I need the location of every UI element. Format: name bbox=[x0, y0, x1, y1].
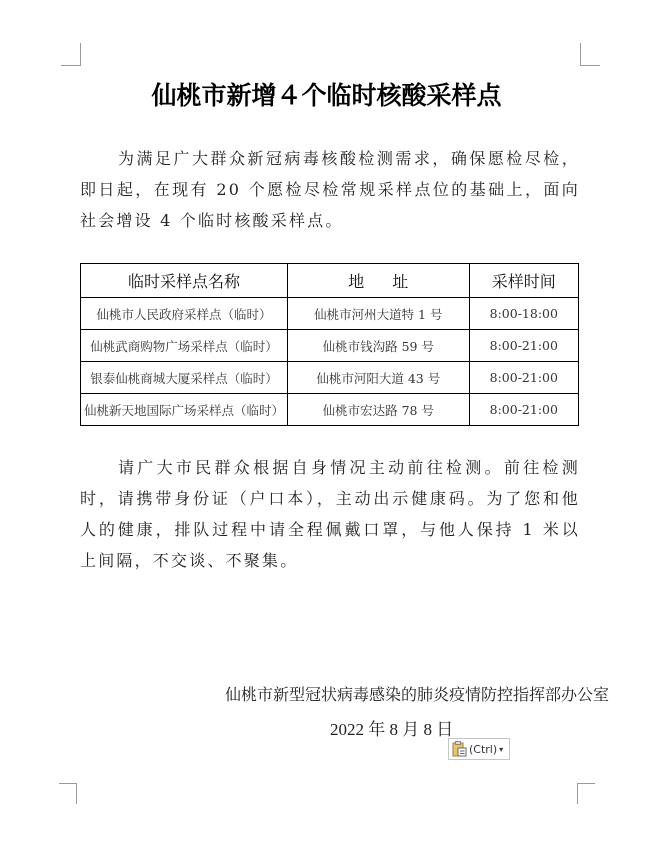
margin-mark-top-right bbox=[580, 43, 600, 66]
notice-paragraph: 请广大市民群众根据自身情况主动前往检测。前往检测时，请携带身份证（户口本），主动… bbox=[80, 452, 580, 576]
chevron-down-icon: ▾ bbox=[499, 745, 503, 754]
site-name: 银泰仙桃商城大厦采样点（临时） bbox=[81, 362, 288, 394]
header-hours: 采样时间 bbox=[469, 264, 578, 298]
margin-mark-bottom-right bbox=[577, 783, 595, 804]
intro-paragraph: 为满足广大群众新冠病毒核酸检测需求，确保愿检尽检，即日起，在现有 20 个愿检尽… bbox=[80, 143, 580, 236]
intro-text: 为满足广大群众新冠病毒核酸检测需求，确保愿检尽检，即日起，在现有 20 个愿检尽… bbox=[80, 143, 580, 236]
site-hours: 8:00-18:00 bbox=[469, 298, 578, 330]
notice-text: 请广大市民群众根据自身情况主动前往检测。前往检测时，请携带身份证（户口本），主动… bbox=[80, 452, 580, 576]
site-address: 仙桃市钱沟路 59 号 bbox=[287, 330, 469, 362]
header-address: 地址 bbox=[287, 264, 469, 298]
site-name: 仙桃市人民政府采样点（临时） bbox=[81, 298, 288, 330]
signature-date: 2022 年 8 月 8 日 bbox=[330, 715, 453, 740]
clipboard-paste-icon bbox=[452, 741, 467, 757]
signature-organization: 仙桃市新型冠状病毒感染的肺炎疫情防控指挥部办公室 bbox=[189, 682, 609, 705]
table-row: 仙桃武商购物广场采样点（临时） 仙桃市钱沟路 59 号 8:00-21:00 bbox=[81, 330, 579, 362]
site-address: 仙桃市河州大道特 1 号 bbox=[287, 298, 469, 330]
document-title: 仙桃市新增４个临时核酸采样点 bbox=[0, 76, 653, 112]
table-row: 银泰仙桃商城大厦采样点（临时） 仙桃市河阳大道 43 号 8:00-21:00 bbox=[81, 362, 579, 394]
site-name: 仙桃新天地国际广场采样点（临时） bbox=[81, 394, 288, 426]
site-address: 仙桃市宏达路 78 号 bbox=[287, 394, 469, 426]
site-hours: 8:00-21:00 bbox=[469, 394, 578, 426]
header-site-name: 临时采样点名称 bbox=[81, 264, 288, 298]
table-row: 仙桃新天地国际广场采样点（临时） 仙桃市宏达路 78 号 8:00-21:00 bbox=[81, 394, 579, 426]
margin-mark-top-left bbox=[61, 43, 81, 66]
table-header-row: 临时采样点名称 地址 采样时间 bbox=[81, 264, 579, 298]
site-hours: 8:00-21:00 bbox=[469, 362, 578, 394]
margin-mark-bottom-left bbox=[59, 783, 77, 804]
site-address: 仙桃市河阳大道 43 号 bbox=[287, 362, 469, 394]
paste-options-label: (Ctrl) bbox=[469, 743, 497, 756]
table-row: 仙桃市人民政府采样点（临时） 仙桃市河州大道特 1 号 8:00-18:00 bbox=[81, 298, 579, 330]
site-hours: 8:00-21:00 bbox=[469, 330, 578, 362]
paste-options-button[interactable]: (Ctrl) ▾ bbox=[448, 738, 510, 760]
site-name: 仙桃武商购物广场采样点（临时） bbox=[81, 330, 288, 362]
sampling-sites-table: 临时采样点名称 地址 采样时间 仙桃市人民政府采样点（临时） 仙桃市河州大道特 … bbox=[80, 263, 579, 426]
